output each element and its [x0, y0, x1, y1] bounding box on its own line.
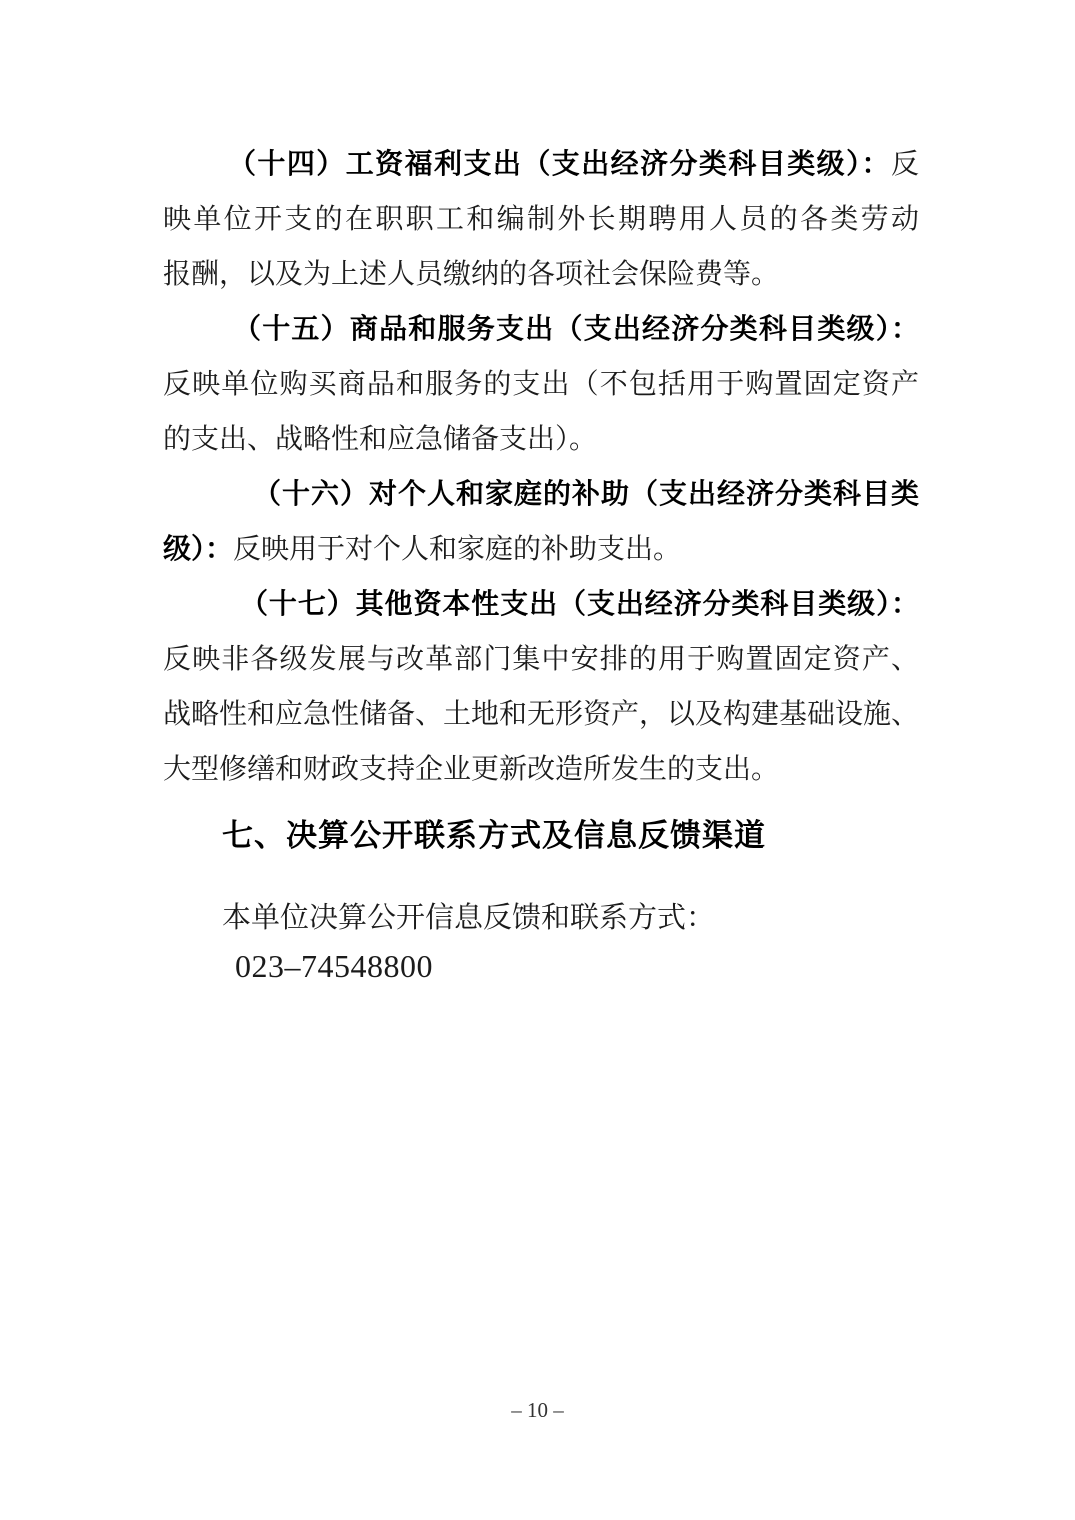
- text-segment: 报酬，以及为上述人员缴纳的各项社会保险费等。: [163, 259, 779, 290]
- bold-text-segment: 级）：: [163, 534, 233, 565]
- paragraph-line: 反映单位购买商品和服务的支出（不包括用于购置固定资产: [163, 357, 919, 412]
- para-item-16: （十六）对个人和家庭的补助（支出经济分类科目类级）：反映用于对个人和家庭的补助支…: [163, 467, 919, 577]
- text-segment: 战略性和应急性储备、土地和无形资产，以及构建基础设施、: [163, 699, 919, 730]
- contact-phone-number: 023–74548800: [163, 942, 919, 990]
- para-item-14: （十四）工资福利支出（支出经济分类科目类级）：反映单位开支的在职职工和编制外长期…: [163, 137, 919, 302]
- page-content: （十四）工资福利支出（支出经济分类科目类级）：反映单位开支的在职职工和编制外长期…: [163, 137, 919, 990]
- bold-text-segment: （十六）对个人和家庭的补助（支出经济分类科目类: [253, 479, 919, 510]
- paragraph-line: 战略性和应急性储备、土地和无形资产，以及构建基础设施、: [163, 687, 919, 742]
- paragraph-line: 的支出、战略性和应急储备支出）。: [163, 412, 919, 467]
- text-segment: 反: [891, 149, 919, 180]
- paragraph-line: 级）：反映用于对个人和家庭的补助支出。: [163, 522, 919, 577]
- contact-intro-text: 本单位决算公开信息反馈和联系方式：: [163, 894, 919, 942]
- text-segment: 反映非各级发展与改革部门集中安排的用于购置固定资产、: [163, 644, 919, 675]
- text-segment: 映单位开支的在职职工和编制外长期聘用人员的各类劳动: [163, 204, 919, 235]
- page-number: – 10 –: [0, 1398, 1075, 1423]
- text-segment: 大型修缮和财政支持企业更新改造所发生的支出。: [163, 754, 779, 785]
- paragraph-line: （十六）对个人和家庭的补助（支出经济分类科目类: [163, 467, 919, 522]
- bold-text-segment: （十七）其他资本性支出（支出经济分类科目类级）：: [240, 589, 919, 620]
- text-segment: 反映用于对个人和家庭的补助支出。: [233, 534, 681, 565]
- paragraphs-container: （十四）工资福利支出（支出经济分类科目类级）：反映单位开支的在职职工和编制外长期…: [163, 137, 919, 797]
- paragraph-line: （十七）其他资本性支出（支出经济分类科目类级）：: [163, 577, 919, 632]
- text-segment: 的支出、战略性和应急储备支出）。: [163, 424, 597, 455]
- section-heading: 七、决算公开联系方式及信息反馈渠道: [163, 814, 919, 858]
- bold-text-segment: （十五）商品和服务支出（支出经济分类科目类级）：: [233, 314, 919, 345]
- para-item-15: （十五）商品和服务支出（支出经济分类科目类级）：反映单位购买商品和服务的支出（不…: [163, 302, 919, 467]
- paragraph-line: 映单位开支的在职职工和编制外长期聘用人员的各类劳动: [163, 192, 919, 247]
- paragraph-line: （十五）商品和服务支出（支出经济分类科目类级）：: [163, 302, 919, 357]
- paragraph-line: 报酬，以及为上述人员缴纳的各项社会保险费等。: [163, 247, 919, 302]
- paragraph-line: 大型修缮和财政支持企业更新改造所发生的支出。: [163, 742, 919, 797]
- bold-text-segment: （十四）工资福利支出（支出经济分类科目类级）：: [228, 149, 891, 180]
- paragraph-line: 反映非各级发展与改革部门集中安排的用于购置固定资产、: [163, 632, 919, 687]
- paragraph-line: （十四）工资福利支出（支出经济分类科目类级）：反: [163, 137, 919, 192]
- document-page: （十四）工资福利支出（支出经济分类科目类级）：反映单位开支的在职职工和编制外长期…: [0, 0, 1075, 1520]
- text-segment: 反映单位购买商品和服务的支出（不包括用于购置固定资产: [163, 369, 919, 400]
- para-item-17: （十七）其他资本性支出（支出经济分类科目类级）：反映非各级发展与改革部门集中安排…: [163, 577, 919, 797]
